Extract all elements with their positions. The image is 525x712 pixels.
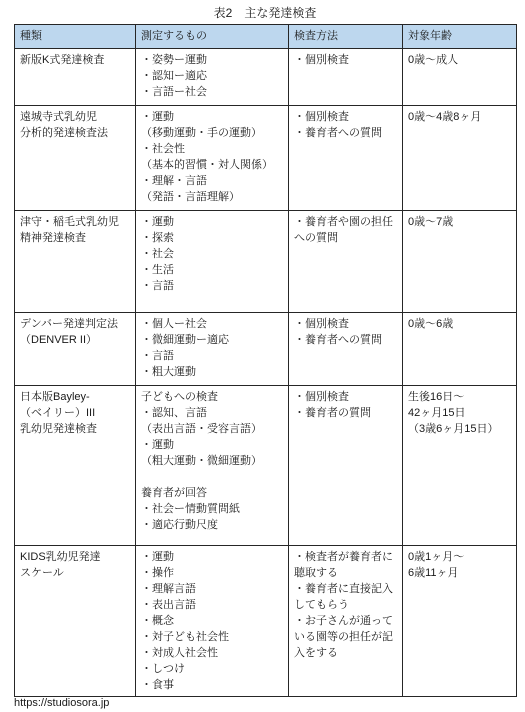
cell-method: ・個別検査 xyxy=(289,49,403,106)
cell-line: ・養育者の質問 xyxy=(294,405,397,421)
cell-line: ・検査者が養育者に xyxy=(294,549,397,565)
cell-line: 生後16日～ xyxy=(408,389,511,405)
cell-measures: ・個人ー社会・微細運動ー適応・言語・粗大運動 xyxy=(136,313,289,386)
cell-line: ・社会性 xyxy=(141,141,283,157)
cell-line: ・対子ども社会性 xyxy=(141,629,283,645)
cell-line: 子どもへの検査 xyxy=(141,389,283,405)
cell-line: KIDS乳幼児発達 xyxy=(20,549,130,565)
cell-line: ・社会 xyxy=(141,246,283,262)
cell-method: ・個別検査・養育者の質問 xyxy=(289,386,403,546)
cell-line: 0歳～成人 xyxy=(408,52,511,68)
cell-line: ・養育者や園の担任 xyxy=(294,214,397,230)
cell-age: 0歳～成人 xyxy=(403,49,517,106)
cell-line: 0歳1ヶ月～ xyxy=(408,549,511,565)
cell-line: ・操作 xyxy=(141,565,283,581)
cell-age: 0歳1ヶ月～6歳11ヶ月 xyxy=(403,546,517,697)
cell-line: ・認知ー適応 xyxy=(141,68,283,84)
cell-line: ・お子さんが通って xyxy=(294,613,397,629)
cell-line: ・運動 xyxy=(141,109,283,125)
cell-line: ・養育者に直接記入 xyxy=(294,581,397,597)
cell-line: 新版K式発達検査 xyxy=(20,52,130,68)
page: 表2 主な発達検査 種類 測定するもの 検査方法 対象年齢 新版K式発達検査 ・… xyxy=(0,0,525,712)
col-header-measures: 測定するもの xyxy=(136,25,289,49)
cell-test-name: 遠城寺式乳幼児分析的発達検査法 xyxy=(15,106,136,211)
cell-test-name: 新版K式発達検査 xyxy=(15,49,136,106)
cell-line: ・養育者への質問 xyxy=(294,125,397,141)
cell-line: ・社会ー情動質問紙 xyxy=(141,501,283,517)
cell-line: ・対成人社会性 xyxy=(141,645,283,661)
cell-line: ・粗大運動 xyxy=(141,364,283,380)
cell-line: ・運動 xyxy=(141,214,283,230)
source-url: https://studiosora.jp xyxy=(14,696,109,710)
cell-line: デンバー発達判定法 xyxy=(20,316,130,332)
cell-line: ・個別検査 xyxy=(294,389,397,405)
table-row: 遠城寺式乳幼児分析的発達検査法 ・運動（移動運動・手の運動）・社会性（基本的習慣… xyxy=(15,106,517,211)
cell-line: 聴取する xyxy=(294,565,397,581)
cell-line: ・運動 xyxy=(141,437,283,453)
cell-method: ・個別検査・養育者への質問 xyxy=(289,313,403,386)
cell-line: ・食事 xyxy=(141,677,283,693)
cell-age: 生後16日～42ヶ月15日（3歳6ヶ月15日） xyxy=(403,386,517,546)
cell-line: ・個別検査 xyxy=(294,109,397,125)
cell-test-name: KIDS乳幼児発達スケール xyxy=(15,546,136,697)
cell-line: ・養育者への質問 xyxy=(294,332,397,348)
cell-measures: ・運動・操作・理解言語・表出言語・概念・対子ども社会性・対成人社会性・しつけ・食… xyxy=(136,546,289,697)
cell-line xyxy=(141,469,283,485)
cell-line: 津守・稲毛式乳幼児 xyxy=(20,214,130,230)
table-row: KIDS乳幼児発達スケール ・運動・操作・理解言語・表出言語・概念・対子ども社会… xyxy=(15,546,517,697)
cell-line: 日本版Bayley- xyxy=(20,389,130,405)
cell-line: （粗大運動・微細運動） xyxy=(141,453,283,469)
cell-line: ・概念 xyxy=(141,613,283,629)
cell-line: ・個別検査 xyxy=(294,316,397,332)
cell-age: 0歳～6歳 xyxy=(403,313,517,386)
cell-line: ・個人ー社会 xyxy=(141,316,283,332)
cell-line: （移動運動・手の運動） xyxy=(141,125,283,141)
cell-line: ・理解・言語 xyxy=(141,173,283,189)
cell-line: 0歳～6歳 xyxy=(408,316,511,332)
header-row: 種類 測定するもの 検査方法 対象年齢 xyxy=(15,25,517,49)
cell-age: 0歳～7歳 xyxy=(403,211,517,313)
cell-line: ・探索 xyxy=(141,230,283,246)
table-row: 新版K式発達検査 ・姿勢ー運動・認知ー適応・言語ー社会 ・個別検査 0歳～成人 xyxy=(15,49,517,106)
cell-line: （基本的習慣・対人関係） xyxy=(141,157,283,173)
cell-line: 養育者が回答 xyxy=(141,485,283,501)
cell-line: ・表出言語 xyxy=(141,597,283,613)
cell-line: 分析的発達検査法 xyxy=(20,125,130,141)
cell-line: 0歳～7歳 xyxy=(408,214,511,230)
cell-line: ・姿勢ー運動 xyxy=(141,52,283,68)
cell-line: （3歳6ヶ月15日） xyxy=(408,421,511,437)
cell-line: ・適応行動尺度 xyxy=(141,517,283,533)
cell-method: ・養育者や園の担任への質問 xyxy=(289,211,403,313)
cell-line: （表出言語・受容言語） xyxy=(141,421,283,437)
cell-line: スケール xyxy=(20,565,130,581)
cell-method: ・検査者が養育者に聴取する・養育者に直接記入してもらう・お子さんが通っている園等… xyxy=(289,546,403,697)
cell-line: ・言語 xyxy=(141,348,283,364)
cell-line: （DENVER II） xyxy=(20,332,130,348)
development-tests-table: 種類 測定するもの 検査方法 対象年齢 新版K式発達検査 ・姿勢ー運動・認知ー適… xyxy=(14,24,517,697)
cell-line: 遠城寺式乳幼児 xyxy=(20,109,130,125)
table-row: デンバー発達判定法（DENVER II） ・個人ー社会・微細運動ー適応・言語・粗… xyxy=(15,313,517,386)
cell-line: ・微細運動ー適応 xyxy=(141,332,283,348)
cell-line: （ベイリー）III xyxy=(20,405,130,421)
cell-measures: ・運動（移動運動・手の運動）・社会性（基本的習慣・対人関係）・理解・言語（発語・… xyxy=(136,106,289,211)
cell-line: ・言語ー社会 xyxy=(141,84,283,100)
table-caption: 表2 主な発達検査 xyxy=(14,5,516,21)
table-row: 日本版Bayley-（ベイリー）III乳幼児発達検査 子どもへの検査・認知、言語… xyxy=(15,386,517,546)
cell-line: 乳幼児発達検査 xyxy=(20,421,130,437)
cell-line: いる園等の担任が記 xyxy=(294,629,397,645)
cell-line: ・しつけ xyxy=(141,661,283,677)
cell-line: ・個別検査 xyxy=(294,52,397,68)
cell-line: ・運動 xyxy=(141,549,283,565)
cell-age: 0歳～4歳8ヶ月 xyxy=(403,106,517,211)
cell-test-name: デンバー発達判定法（DENVER II） xyxy=(15,313,136,386)
cell-line: （発語・言語理解） xyxy=(141,189,283,205)
cell-line: ・言語 xyxy=(141,278,283,294)
cell-measures: 子どもへの検査・認知、言語（表出言語・受容言語）・運動（粗大運動・微細運動） 養… xyxy=(136,386,289,546)
cell-line: 6歳11ヶ月 xyxy=(408,565,511,581)
cell-line: ・生活 xyxy=(141,262,283,278)
col-header-method: 検査方法 xyxy=(289,25,403,49)
table-row: 津守・稲毛式乳幼児精神発達検査 ・運動・探索・社会・生活・言語 ・養育者や園の担… xyxy=(15,211,517,313)
cell-line: 精神発達検査 xyxy=(20,230,130,246)
cell-measures: ・姿勢ー運動・認知ー適応・言語ー社会 xyxy=(136,49,289,106)
cell-line: 入をする xyxy=(294,645,397,661)
cell-test-name: 日本版Bayley-（ベイリー）III乳幼児発達検査 xyxy=(15,386,136,546)
cell-line: ・理解言語 xyxy=(141,581,283,597)
cell-line: への質問 xyxy=(294,230,397,246)
col-header-kind: 種類 xyxy=(15,25,136,49)
cell-line: ・認知、言語 xyxy=(141,405,283,421)
col-header-age: 対象年齢 xyxy=(403,25,517,49)
cell-method: ・個別検査・養育者への質問 xyxy=(289,106,403,211)
cell-measures: ・運動・探索・社会・生活・言語 xyxy=(136,211,289,313)
cell-line: してもらう xyxy=(294,597,397,613)
cell-line: 42ヶ月15日 xyxy=(408,405,511,421)
cell-test-name: 津守・稲毛式乳幼児精神発達検査 xyxy=(15,211,136,313)
cell-line: 0歳～4歳8ヶ月 xyxy=(408,109,511,125)
